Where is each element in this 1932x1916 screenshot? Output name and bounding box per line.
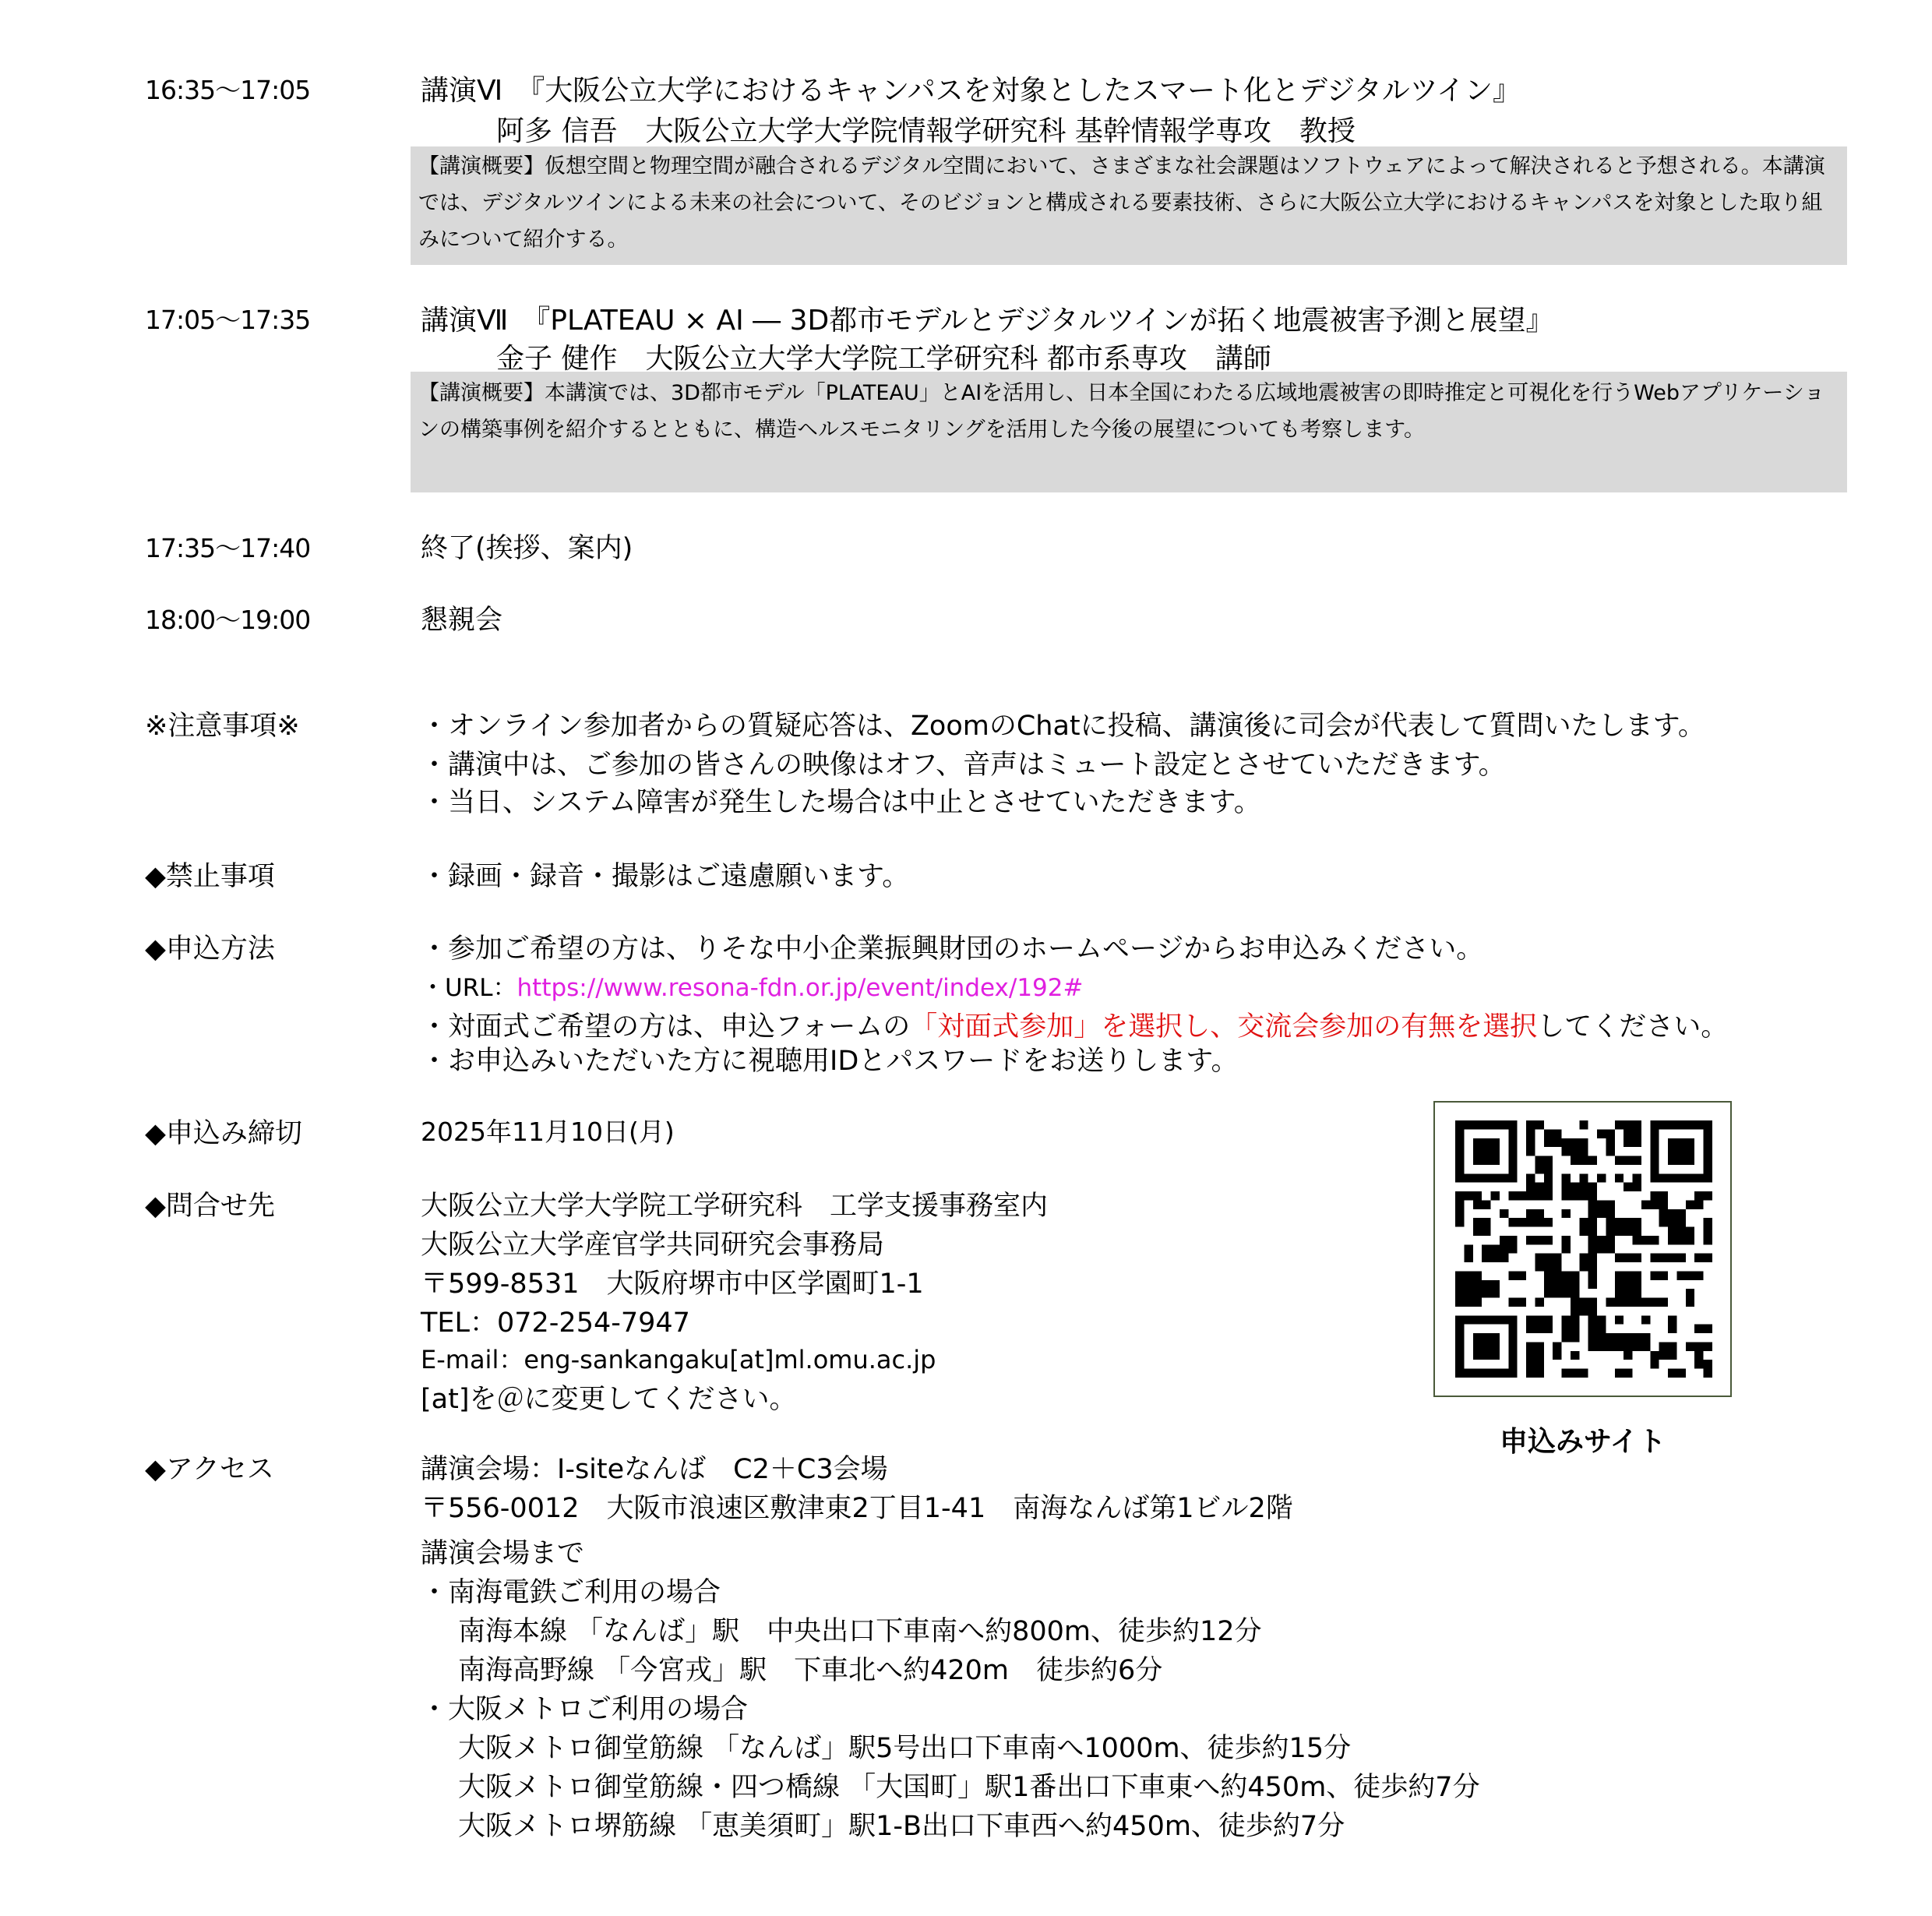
lecture-6-speaker: 阿多 信吾 大阪公立大学大学院情報学研究科 基幹情報学専攻 教授 (496, 109, 1356, 149)
application-line-1: ・参加ご希望の方は、りそな中小企業振興財団のホームページからお申込みください。 (421, 927, 1483, 966)
application-line-3-a: ・対面式ご希望の方は、申込フォームの (421, 1011, 910, 1043)
application-url-line: ・URL：https://www.resona-fdn.or.jp/event/… (421, 968, 1083, 1003)
notes-label: ※注意事項※ (145, 704, 300, 743)
lecture-7-summary: 【講演概要】本講演では、3D都市モデル「PLATEAU」とAIを活用し、日本全国… (418, 375, 1839, 448)
contact-email-note: [at]を＠に変更してください。 (421, 1378, 796, 1417)
application-line-4: ・お申込みいただいた方に視聴用IDとパスワードをお送りします。 (421, 1039, 1238, 1078)
lecture-7-time: 17:05～17:35 (145, 300, 310, 337)
lecture-6-title: 講演Ⅵ 『大阪公立大学におけるキャンパスを対象としたスマート化とデジタルツイン』 (421, 69, 1521, 108)
contact-line-1: 大阪公立大学大学院工学研究科 工学支援事務室内 (421, 1184, 1048, 1223)
lecture-6-time: 16:35～17:05 (145, 70, 310, 107)
access-label: ◆アクセス (145, 1448, 274, 1487)
reception-item: 懇親会 (421, 598, 502, 637)
contact-line-3: 〒599-8531 大阪府堺市中区学園町1-1 (421, 1262, 924, 1301)
nankai-header: ・南海電鉄ご利用の場合 (421, 1571, 721, 1610)
contact-phone: TEL：072-254-7947 (421, 1301, 690, 1340)
application-line-3: ・対面式ご希望の方は、申込フォームの「対面式参加」を選択し、交流会参加の有無を選… (421, 1005, 1728, 1044)
lecture-7-summary-box: 【講演概要】本講演では、3D都市モデル「PLATEAU」とAIを活用し、日本全国… (411, 372, 1847, 492)
nankai-route-1: 南海本線 「なんば」駅 中央出口下車南へ約800m、徒歩約12分 (458, 1610, 1262, 1649)
prohibited-label: ◆禁止事項 (145, 855, 275, 894)
lecture-6-summary: 【講演概要】仮想空間と物理空間が融合されるデジタル空間において、さまざまな社会課… (418, 148, 1839, 258)
closing-time: 17:35～17:40 (145, 528, 310, 565)
lecture-7-speaker: 金子 健作 大阪公立大学大学院工学研究科 都市系専攻 講師 (496, 337, 1271, 376)
deadline-value: 2025年11月10日(月) (421, 1112, 675, 1149)
prohibited-text: ・録画・録音・撮影はご遠慮願います。 (421, 855, 909, 894)
registration-url-link[interactable]: https://www.resona-fdn.or.jp/event/index… (517, 974, 1084, 1002)
access-address: 〒556-0012 大阪市浪速区敷津東2丁目1-41 南海なんば第1ビル2階 (421, 1487, 1293, 1526)
contact-line-2: 大阪公立大学産官学共同研究会事務局 (421, 1223, 884, 1262)
lecture-6-summary-box: 【講演概要】仮想空間と物理空間が融合されるデジタル空間において、さまざまな社会課… (411, 146, 1847, 265)
contact-label: ◆問合せ先 (145, 1184, 275, 1223)
metro-route-2: 大阪メトロ御堂筋線・四つ橋線 「大国町」駅1番出口下車東へ約450m、徒歩約7分 (458, 1766, 1480, 1805)
access-venue: 講演会場：I-siteなんば C2＋C3会場 (421, 1448, 888, 1487)
access-to-venue: 講演会場まで (421, 1532, 584, 1571)
contact-email[interactable]: E-mail：eng-sankangaku[at]ml.omu.ac.jp (421, 1340, 936, 1376)
url-prefix: ・URL： (421, 974, 517, 1002)
note-item-2: ・講演中は、ご参加の皆さんの映像はオフ、音声はミュート設定とさせていただきます。 (421, 743, 1506, 782)
registration-qr-code[interactable] (1433, 1101, 1732, 1397)
nankai-route-2: 南海高野線 「今宮戎」駅 下車北へ約420m 徒歩約6分 (458, 1649, 1162, 1688)
application-line-3-highlight: 「対面式参加」を選択し、交流会参加の有無を選択 (910, 1011, 1537, 1043)
metro-route-3: 大阪メトロ堺筋線 「恵美須町」駅1-B出口下車西へ約450m、徒歩約7分 (458, 1805, 1345, 1844)
reception-time: 18:00～19:00 (145, 600, 310, 637)
deadline-label: ◆申込み締切 (145, 1112, 302, 1151)
application-label: ◆申込方法 (145, 927, 275, 966)
note-item-1: ・オンライン参加者からの質疑応答は、ZoomのChatに投稿、講演後に司会が代表… (421, 704, 1705, 743)
metro-header: ・大阪メトロご利用の場合 (421, 1688, 748, 1727)
lecture-7-title: 講演Ⅶ 『PLATEAU × AI ― 3D都市モデルとデジタルツインが拓く地震… (421, 298, 1554, 338)
metro-route-1: 大阪メトロ御堂筋線 「なんば」駅5号出口下車南へ1000m、徒歩約15分 (458, 1727, 1351, 1766)
application-line-3-b: してください。 (1537, 1011, 1728, 1043)
qr-caption: 申込みサイト (1500, 1420, 1666, 1459)
qr-code-icon (1455, 1120, 1712, 1378)
closing-item: 終了(挨拶、案内) (421, 527, 633, 566)
note-item-3: ・当日、システム障害が発生した場合は中止とさせていただきます。 (421, 781, 1261, 820)
